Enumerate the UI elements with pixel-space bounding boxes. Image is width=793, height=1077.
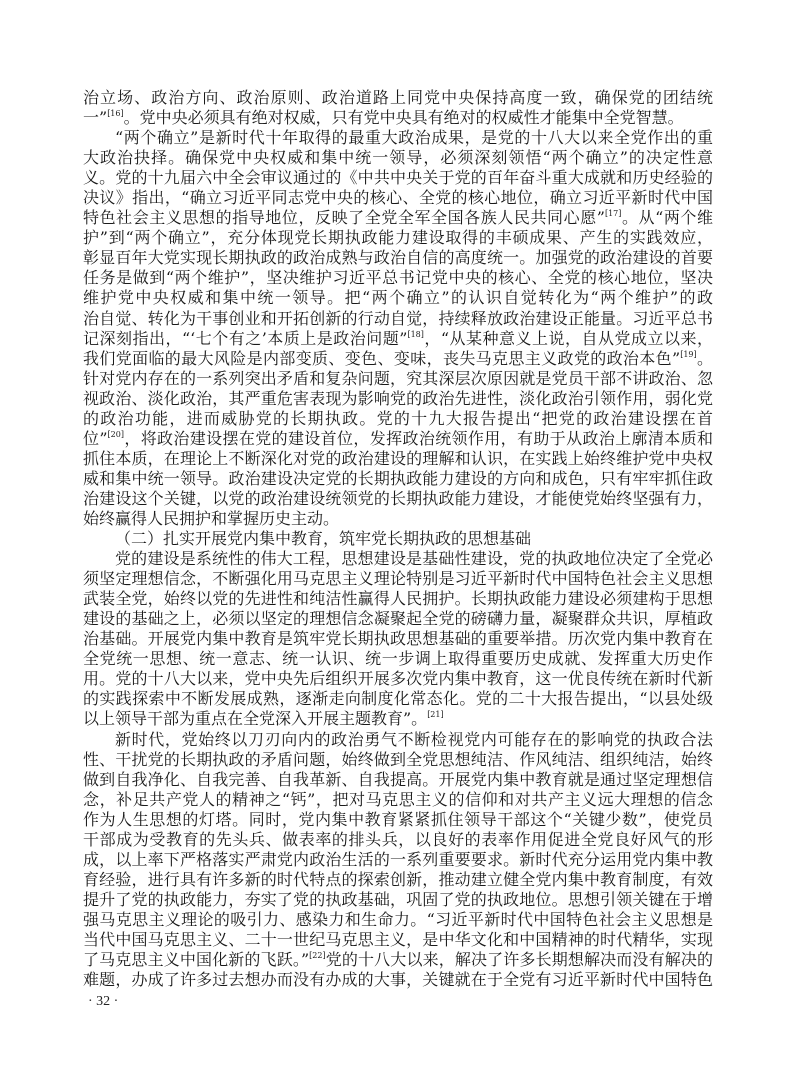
text-segment: 治自觉、转化为干事创业和开拓创新的行动自觉，持续释放政治建设正能量。习近平总书 <box>83 309 713 328</box>
text-line: 武装全党，始终以党的先进性和纯洁性赢得人民拥护。长期执政能力建设必须建构于思想 <box>83 589 713 609</box>
citation-ref: [22] <box>309 951 325 960</box>
text-segment: 的实践探索中不断发展成熟，逐渐走向制度化常态化。党的二十大报告提出，“以县处级 <box>83 689 713 708</box>
text-segment: “两个确立”是新时代十年取得的最重大政治成果，是党的十八大以来全党作出的重 <box>115 128 713 147</box>
text-line: 难题，办成了许多过去想办而没有办成的大事，关键就在于全党有习近平新时代中国特色 <box>83 970 713 990</box>
text-line: 的政治功能，进而威胁党的长期执政。党的十九大报告提出“把党的政治建设摆在首 <box>83 409 713 429</box>
text-segment: 建设的基础之上，必须以坚定的理想信念凝聚起全党的磅礴力量，凝聚群众共识，厚植政 <box>83 609 713 628</box>
text-segment: 做到自我净化、自我完善、自我革新、自我提高。开展党内集中教育就是通过坚定理想信 <box>83 770 713 789</box>
text-line: 始终赢得人民拥护和掌握历史主动。 <box>83 509 713 529</box>
text-line: 须坚定理想信念，不断强化用马克思主义理论特别是习近平新时代中国特色社会主义思想 <box>83 569 713 589</box>
text-line: 作为人生思想的灯塔。同时，党内集中教育紧紧抓住领导干部这个“关键少数”，使党员 <box>83 810 713 830</box>
text-segment: 特色社会主义思想的指导地位，反映了全党全军全国各族人民共同心愿” <box>83 208 605 227</box>
text-segment: 针对党内存在的一系列突出矛盾和复杂问题，究其深层次原因就是党员干部不讲政治、忽 <box>83 369 713 388</box>
text-line: 做到自我净化、自我完善、自我革新、自我提高。开展党内集中教育就是通过坚定理想信 <box>83 770 713 790</box>
text-segment: 新时代，党始终以刀刃向内的政治勇气不断检视党内可能存在的影响党的执政合法 <box>115 730 713 749</box>
text-segment: 性、干扰党的长期执政的矛盾问题，始终做到全党思想纯洁、作风纯洁、组织纯洁，始终 <box>83 750 713 769</box>
text-segment: 大政治抉择。确保党中央权威和集中统一领导，必须深刻领悟“两个确立”的决定性意 <box>83 148 713 167</box>
text-line: 任务是做到“两个维护”，坚决维护习近平总书记党中央的核心、全党的核心地位，坚决 <box>83 268 713 288</box>
text-line: 彰显百年大党实现长期执政的政治成熟与政治自信的高度统一。加强党的政治建设的首要 <box>83 248 713 268</box>
text-segment: 作为人生思想的灯塔。同时，党内集中教育紧紧抓住领导干部这个“关键少数”，使党员 <box>83 810 713 829</box>
text-segment: 以上领导干部为重点在全党深入开展主题教育”。 <box>83 709 427 728</box>
text-segment: 护”到“两个确立”，充分体现党长期执政能力建设取得的丰硕成果、产生的实践效应， <box>83 228 713 247</box>
citation-ref: [20] <box>108 430 124 439</box>
text-segment: 用。党的十八大以来，党中央先后组织开展多次党内集中教育，这一优良传统在新时代新 <box>83 669 713 688</box>
text-segment: 须坚定理想信念，不断强化用马克思主义理论特别是习近平新时代中国特色社会主义思想 <box>83 569 713 588</box>
text-segment: 难题，办成了许多过去想办而没有办成的大事，关键就在于全党有习近平新时代中国特色 <box>83 970 713 989</box>
text-segment: 义。党的十九届六中全会审议通过的《中共中央关于党的百年奋斗重大成就和历史经验的 <box>83 168 713 187</box>
text-segment: ，将政治建设摆在党的建设首位，发挥政治统领作用，有助于从政治上廓清本质和 <box>124 429 713 448</box>
text-segment: 治立场、政治方向、政治原则、政治道路上同党中央保持高度一致，确保党的团结统 <box>83 88 713 107</box>
citation-ref: [16] <box>107 109 123 118</box>
text-line: 治建设这个关键，以党的政治建设统领党的长期执政能力建设，才能使党始终坚强有力， <box>83 489 713 509</box>
text-segment: 维护党中央权威和集中统一领导。把“两个确立”的认识自觉转化为“两个维护”的政 <box>83 288 713 307</box>
text-segment: 任务是做到“两个维护”，坚决维护习近平总书记党中央的核心、全党的核心地位，坚决 <box>83 268 713 287</box>
text-line: 特色社会主义思想的指导地位，反映了全党全军全国各族人民共同心愿”[17]。从“两… <box>83 208 713 228</box>
citation-ref: [19] <box>680 350 696 359</box>
citation-ref: [18] <box>407 330 423 339</box>
text-segment: 位” <box>83 429 108 448</box>
text-segment: 记深刻指出，“‘七个有之’本质上是政治问题” <box>83 329 407 348</box>
text-segment: 当代中国马克思主义、二十一世纪马克思主义，是中华文化和中国精神的时代精华，实现 <box>83 930 713 949</box>
text-line: 针对党内存在的一系列突出矛盾和复杂问题，究其深层次原因就是党员干部不讲政治、忽 <box>83 369 713 389</box>
text-segment: 威和集中统一领导。政治建设决定党的长期执政能力建设的方向和成色，只有牢牢抓住政 <box>83 469 713 488</box>
text-segment: 的政治功能，进而威胁党的长期执政。党的十九大报告提出“把党的政治建设摆在首 <box>83 409 713 428</box>
text-segment: 治基础。开展党内集中教育是筑牢党长期执政思想基础的重要举措。历次党内集中教育在 <box>83 629 713 648</box>
text-line: 义。党的十九届六中全会审议通过的《中共中央关于党的百年奋斗重大成就和历史经验的 <box>83 168 713 188</box>
text-line: 了马克思主义中国化新的飞跃。”[22]党的十八大以来，解决了许多长期想解决而没有… <box>83 950 713 970</box>
text-line: 大政治抉择。确保党中央权威和集中统一领导，必须深刻领悟“两个确立”的决定性意 <box>83 148 713 168</box>
text-segment: 干部成为受教育的先头兵、做表率的排头兵，以良好的表率作用促进全党良好风气的形 <box>83 830 713 849</box>
text-line: 当代中国马克思主义、二十一世纪马克思主义，是中华文化和中国精神的时代精华，实现 <box>83 930 713 950</box>
text-line: 用。党的十八大以来，党中央先后组织开展多次党内集中教育，这一优良传统在新时代新 <box>83 669 713 689</box>
text-segment: 育经验，进行具有许多新的时代特点的探索创新，推动建立健全党内集中教育制度，有效 <box>83 870 713 889</box>
text-segment: 。 <box>697 349 713 368</box>
text-line: 党的建设是系统性的伟大工程，思想建设是基础性建设，党的执政地位决定了全党必 <box>83 549 713 569</box>
text-line: 性、干扰党的长期执政的矛盾问题，始终做到全党思想纯洁、作风纯洁、组织纯洁，始终 <box>83 750 713 770</box>
text-line: （二）扎实开展党内集中教育，筑牢党长期执政的思想基础 <box>83 529 713 549</box>
text-line: 治基础。开展党内集中教育是筑牢党长期执政思想基础的重要举措。历次党内集中教育在 <box>83 629 713 649</box>
text-line: 提升了党的执政能力，夯实了党的执政基础，巩固了党的执政地位。思想引领关键在于增 <box>83 890 713 910</box>
text-segment: 决议》指出，“确立习近平同志党中央的核心、全党的核心地位，确立习近平新时代中国 <box>83 188 713 207</box>
text-line: 强马克思主义理论的吸引力、感染力和生命力。“习近平新时代中国特色社会主义思想是 <box>83 910 713 930</box>
text-segment: 党的建设是系统性的伟大工程，思想建设是基础性建设，党的执政地位决定了全党必 <box>115 549 713 568</box>
text-line: 护”到“两个确立”，充分体现党长期执政能力建设取得的丰硕成果、产生的实践效应， <box>83 228 713 248</box>
text-line: 建设的基础之上，必须以坚定的理想信念凝聚起全党的磅礴力量，凝聚群众共识，厚植政 <box>83 609 713 629</box>
text-segment: 念，补足共产党人的精神之“钙”，把对马克思主义的信仰和对共产主义远大理想的信念 <box>83 790 713 809</box>
text-segment: 彰显百年大党实现长期执政的政治成熟与政治自信的高度统一。加强党的政治建设的首要 <box>83 248 713 267</box>
text-segment: 我们党面临的最大风险是内部变质、变色、变味，丧失马克思主义政党的政治本色” <box>83 349 680 368</box>
text-line: 念，补足共产党人的精神之“钙”，把对马克思主义的信仰和对共产主义远大理想的信念 <box>83 790 713 810</box>
text-segment: ，“从某种意义上说，自从党成立以来， <box>424 329 713 348</box>
text-segment: 治建设这个关键，以党的政治建设统领党的长期执政能力建设，才能使党始终坚强有力， <box>83 489 713 508</box>
citation-ref: [17] <box>605 209 621 218</box>
text-line: 威和集中统一领导。政治建设决定党的长期执政能力建设的方向和成色，只有牢牢抓住政 <box>83 469 713 489</box>
text-line: 以上领导干部为重点在全党深入开展主题教育”。[21] <box>83 709 713 729</box>
text-segment: 成，以上率下严格落实严肃党内政治生活的一系列重要要求。新时代充分运用党内集中教 <box>83 850 713 869</box>
text-line: 干部成为受教育的先头兵、做表率的排头兵，以良好的表率作用促进全党良好风气的形 <box>83 830 713 850</box>
document-page: 治立场、政治方向、政治原则、政治道路上同党中央保持高度一致，确保党的团结统一”[… <box>0 0 793 1077</box>
text-line: 我们党面临的最大风险是内部变质、变色、变味，丧失马克思主义政党的政治本色”[19… <box>83 349 713 369</box>
page-number: · 32 · <box>88 994 118 1010</box>
text-line: 视政治、淡化政治，其严重危害表现为影响党的政治先进性，淡化政治引领作用，弱化党 <box>83 389 713 409</box>
text-segment: 。从“两个维 <box>621 208 713 227</box>
text-line: 维护党中央权威和集中统一领导。把“两个确立”的认识自觉转化为“两个维护”的政 <box>83 288 713 308</box>
text-segment: 了马克思主义中国化新的飞跃。” <box>83 950 309 969</box>
text-line: 全党统一思想、统一意志、统一认识、统一步调上取得重要历史成就、发挥重大历史作 <box>83 649 713 669</box>
text-segment: 抓住本质，在理论上不断深化对党的政治建设的理解和认识，在实践上始终维护党中央权 <box>83 449 713 468</box>
text-line: 位”[20]，将政治建设摆在党的建设首位，发挥政治统领作用，有助于从政治上廓清本… <box>83 429 713 449</box>
text-line: 一”[16]。党中央必须具有绝对权威，只有党中央具有绝对的权威性才能集中全党智慧… <box>83 108 713 128</box>
body-text: 治立场、政治方向、政治原则、政治道路上同党中央保持高度一致，确保党的团结统一”[… <box>83 88 713 990</box>
text-line: 治自觉、转化为干事创业和开拓创新的行动自觉，持续释放政治建设正能量。习近平总书 <box>83 309 713 329</box>
text-line: 的实践探索中不断发展成熟，逐渐走向制度化常态化。党的二十大报告提出，“以县处级 <box>83 689 713 709</box>
text-segment: 视政治、淡化政治，其严重危害表现为影响党的政治先进性，淡化政治引领作用，弱化党 <box>83 389 713 408</box>
text-line: 决议》指出，“确立习近平同志党中央的核心、全党的核心地位，确立习近平新时代中国 <box>83 188 713 208</box>
text-line: 记深刻指出，“‘七个有之’本质上是政治问题”[18]，“从某种意义上说，自从党成… <box>83 329 713 349</box>
text-segment: 党的十八大以来，解决了许多长期想解决而没有解决的 <box>326 950 713 969</box>
text-line: “两个确立”是新时代十年取得的最重大政治成果，是党的十八大以来全党作出的重 <box>83 128 713 148</box>
text-segment: 全党统一思想、统一意志、统一认识、统一步调上取得重要历史成就、发挥重大历史作 <box>83 649 713 668</box>
text-segment: （二）扎实开展党内集中教育，筑牢党长期执政的思想基础 <box>115 529 531 548</box>
text-segment: 一” <box>83 108 107 127</box>
text-line: 新时代，党始终以刀刃向内的政治勇气不断检视党内可能存在的影响党的执政合法 <box>83 730 713 750</box>
text-segment: 提升了党的执政能力，夯实了党的执政基础，巩固了党的执政地位。思想引领关键在于增 <box>83 890 713 909</box>
text-line: 成，以上率下严格落实严肃党内政治生活的一系列重要要求。新时代充分运用党内集中教 <box>83 850 713 870</box>
text-segment: 。党中央必须具有绝对权威，只有党中央具有绝对的权威性才能集中全党智慧。 <box>124 108 684 127</box>
text-line: 治立场、政治方向、政治原则、政治道路上同党中央保持高度一致，确保党的团结统 <box>83 88 713 108</box>
text-line: 抓住本质，在理论上不断深化对党的政治建设的理解和认识，在实践上始终维护党中央权 <box>83 449 713 469</box>
text-segment: 始终赢得人民拥护和掌握历史主动。 <box>83 509 339 528</box>
text-segment: 武装全党，始终以党的先进性和纯洁性赢得人民拥护。长期执政能力建设必须建构于思想 <box>83 589 713 608</box>
text-segment: 强马克思主义理论的吸引力、感染力和生命力。“习近平新时代中国特色社会主义思想是 <box>83 910 713 929</box>
text-line: 育经验，进行具有许多新的时代特点的探索创新，推动建立健全党内集中教育制度，有效 <box>83 870 713 890</box>
citation-ref: [21] <box>427 710 443 719</box>
